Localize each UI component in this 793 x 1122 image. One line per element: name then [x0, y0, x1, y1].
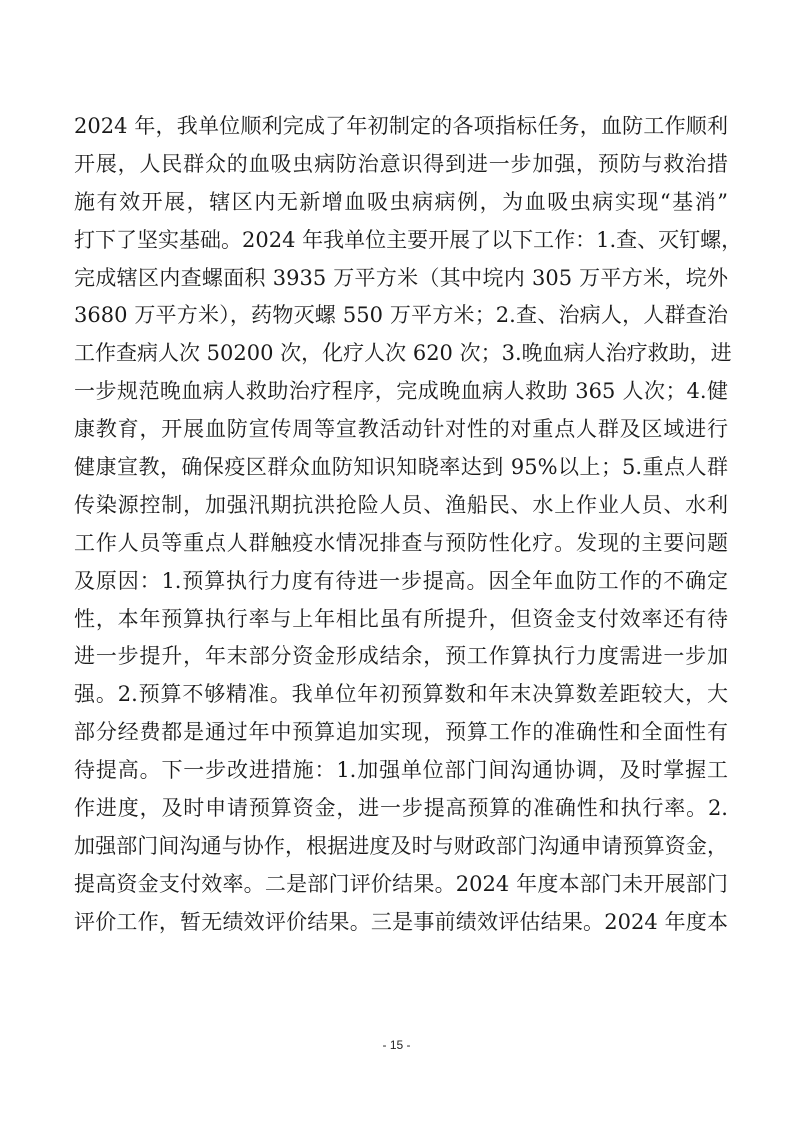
- text-line: 开展，人民群众的血吸虫病防治意识得到进一步加强，预防与救治措: [74, 146, 728, 184]
- text-line: 3680 万平方米），药物灭螺 550 万平方米；2.查、治病人，人群查治: [74, 297, 728, 335]
- text-line: 一步规范晚血病人救助治疗程序，完成晚血病人救助 365 人次；4.健: [74, 373, 728, 411]
- page-number: - 15 -: [0, 1038, 793, 1052]
- text-line: 康教育，开展血防宣传周等宣教活动针对性的对重点人群及区域进行: [74, 411, 728, 449]
- text-line: 评价工作，暂无绩效评价结果。三是事前绩效评估结果。2024 年度本: [74, 904, 728, 942]
- text-line: 施有效开展，辖区内无新增血吸虫病病例，为血吸虫病实现“基消”: [74, 184, 728, 222]
- text-line: 性，本年预算执行率与上年相比虽有所提升，但资金支付效率还有待: [74, 601, 728, 639]
- text-line: 健康宣教，确保疫区群众血防知识知晓率达到 95%以上；5.重点人群: [74, 449, 728, 487]
- text-line: 完成辖区内查螺面积 3935 万平方米（其中垸内 305 万平方米，垸外: [74, 260, 728, 298]
- text-line: 作进度，及时申请预算资金，进一步提高预算的准确性和执行率。2.: [74, 790, 728, 828]
- body-paragraph: 2024 年，我单位顺利完成了年初制定的各项指标任务，血防工作顺利 开展，人民群…: [74, 108, 728, 942]
- text-line: 提高资金支付效率。二是部门评价结果。2024 年度本部门未开展部门: [74, 866, 728, 904]
- text-line: 传染源控制，加强汛期抗洪抢险人员、渔船民、水上作业人员、水利: [74, 487, 728, 525]
- text-line: 打下了坚实基础。2024 年我单位主要开展了以下工作：1.查、灭钉螺，: [74, 222, 728, 260]
- text-line: 工作查病人次 50200 次，化疗人次 620 次；3.晚血病人治疗救助，进: [74, 335, 728, 373]
- text-line: 2024 年，我单位顺利完成了年初制定的各项指标任务，血防工作顺利: [74, 108, 728, 146]
- document-page: 2024 年，我单位顺利完成了年初制定的各项指标任务，血防工作顺利 开展，人民群…: [0, 0, 793, 1122]
- text-line: 强。2.预算不够精准。我单位年初预算数和年末决算数差距较大，大: [74, 676, 728, 714]
- text-line: 进一步提升，年末部分资金形成结余，预工作算执行力度需进一步加: [74, 638, 728, 676]
- text-line: 部分经费都是通过年中预算追加实现，预算工作的准确性和全面性有: [74, 714, 728, 752]
- text-line: 工作人员等重点人群触疫水情况排查与预防性化疗。发现的主要问题: [74, 525, 728, 563]
- text-line: 加强部门间沟通与协作，根据进度及时与财政部门沟通申请预算资金，: [74, 828, 728, 866]
- text-line: 待提高。下一步改进措施：1.加强单位部门间沟通协调，及时掌握工: [74, 752, 728, 790]
- text-line: 及原因：1.预算执行力度有待进一步提高。因全年血防工作的不确定: [74, 563, 728, 601]
